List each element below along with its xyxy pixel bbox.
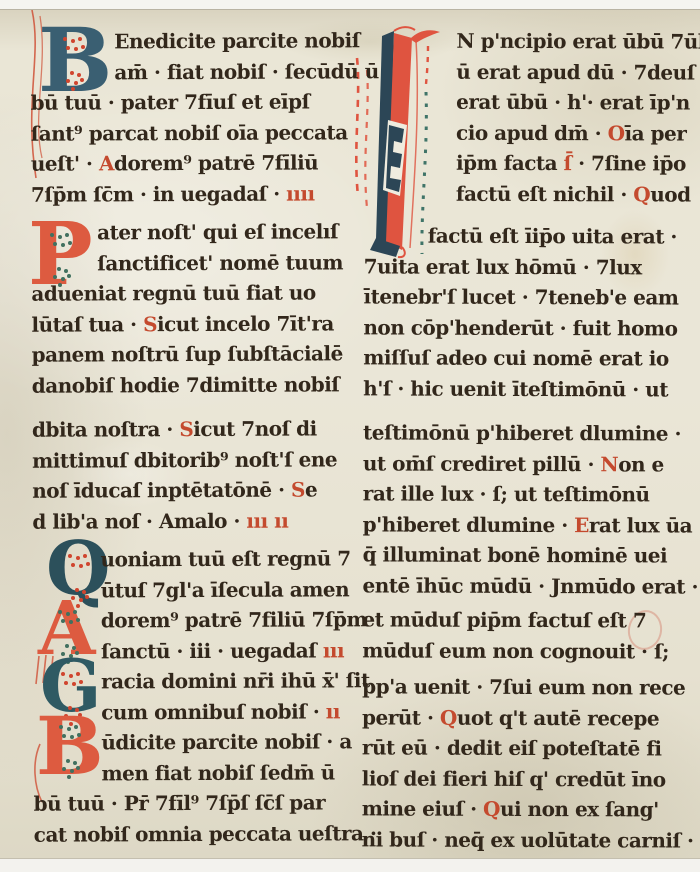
rubricated-text: S <box>143 312 157 336</box>
photo-edge-bottom <box>0 858 700 872</box>
text-line: rat ille lux · ſ; ut teſtimōnū <box>363 478 693 510</box>
text-line: mūduſ eum non cognouit · ſ; <box>362 635 692 667</box>
manuscript-page: B P Q A G B Enedicite parcite nobiſam̄ ·… <box>0 0 700 872</box>
text-line: ip̄m facta ſ̄ · 7ſine ip̄o <box>364 147 694 179</box>
text-line: panem noſtrū ſup ſubſtācialē <box>32 338 356 370</box>
text-line: ni buſ · neq̄ ex uolūtate carniſ · <box>362 824 692 856</box>
text-line: lūtaſ tua · Sicut incelo 7īt'ra <box>31 308 355 340</box>
text-line: q̄ illuminat bonē hominē uei <box>363 539 693 571</box>
text-line: h'ſ · hic uenit īteſtimōnū · ut <box>363 373 693 405</box>
text-line: Enedicite parcite nobiſ <box>30 25 354 57</box>
text-line: 7uita erat lux hōmū · 7lux <box>364 251 694 283</box>
text-line: erat ūbū · h'· erat īp'n <box>364 86 694 118</box>
left-text-column: Enedicite parcite nobiſam̄ · fiat nobiſ … <box>30 25 358 849</box>
text-line: d lib'a noſ · Amalo · ııı ıı <box>32 505 356 537</box>
text-line: p'hiberet dlumine · Erat lux ūa <box>363 509 693 541</box>
text-line: et mūduſ pip̄m factuſ eſt 7 <box>362 604 692 636</box>
rubricated-text: ıı <box>326 699 340 723</box>
text-line: ūtuſ 7gl'a īſecula amen <box>33 574 357 606</box>
text-line: ītenebr'ſ lucet · 7teneb'e eam <box>363 281 693 313</box>
text-line: mittimuſ dbitorib⁹ noſt'ſ ene <box>32 444 356 476</box>
rubricated-text: S <box>179 417 193 441</box>
rubricated-text: ııı ıı <box>246 508 288 532</box>
text-line: 7ſp̄m ſc̄m · in uegadaſ · ıııı <box>31 178 355 210</box>
text-line: teſtimōnū p'hiberet dlumine · <box>363 417 693 449</box>
rubricated-text: ıııı <box>286 181 314 205</box>
rubricated-text: N <box>600 452 618 476</box>
text-line: danobiſ hodie 7dimitte nobiſ <box>32 369 356 401</box>
rubricated-text: ııı <box>323 638 344 662</box>
text-line: ſant⁹ parcat nobiſ oīa peccata <box>31 117 355 149</box>
text-line: ſanctificet' nomē tuum <box>31 247 355 279</box>
text-line: pp'a uenit · 7ſui eum non rece <box>362 671 692 703</box>
text-line: noſ īducaſ inptētatōnē · Se <box>32 474 356 506</box>
text-line: factū eſt nichil · Quod <box>364 178 694 210</box>
rubricated-text: A <box>99 151 114 175</box>
text-line: men fiat nobiſ ſedm̄ ū <box>33 757 357 789</box>
text-line: miſſuſ adeo cui nomē erat io <box>363 342 693 374</box>
rubricated-text: Q <box>633 182 650 206</box>
text-line: ūdicite parcite nobiſ · a <box>33 726 357 758</box>
text-line: ū erat apud dū · 7deuſ <box>364 56 694 88</box>
text-line: ſanctū · iii · uegadaſ ııı <box>33 635 357 667</box>
text-line: racia domini nr̄i ihū x̄' ſit <box>33 665 357 697</box>
text-line: dorem⁹ patrē 7filiū 7ſp̄m <box>33 604 357 636</box>
right-text-column: N p'ncipio erat ūbū 7ūbū erat apud dū · … <box>362 25 695 855</box>
text-line: ueſt' · Adorem⁹ patrē 7fīliū <box>31 147 355 179</box>
text-line: perūt · Quot q't autē recepe <box>362 702 692 734</box>
text-line: entē īhūc mūdū · Jnmūdo erat · <box>362 570 692 602</box>
text-line: cum omnibuſ nobiſ · ıı <box>33 696 357 728</box>
text-line: cio apud dm̄ · Oīa per <box>364 117 694 149</box>
text-line: dbita noſtra · Sicut 7noſ di <box>32 413 356 445</box>
text-line: lioſ dei fieri hiſ q' credūt īno <box>362 763 692 795</box>
text-line: bū tuū · pater 7fīuſ et eīpſ <box>30 86 354 118</box>
rubricated-text: Q <box>483 797 500 821</box>
photo-edge-top <box>0 0 700 10</box>
rubricated-text: S <box>291 478 305 502</box>
text-line: factū eſt īip̄o uita erat · <box>364 220 694 252</box>
rubricated-text: ſ̄ <box>564 151 572 175</box>
text-line: uoniam tuū eſt regnū 7 <box>32 543 356 575</box>
text-line: ater noſt' qui eſ incelıſ <box>31 216 355 248</box>
text-line: non cōp'henderūt · fuit homo <box>363 312 693 344</box>
text-line: mine eiuſ · Qui non ex ſang' <box>362 793 692 825</box>
text-line: am̄ · fiat nobiſ · ſecūdū ū <box>30 56 354 88</box>
text-line: bū tuū · Pr̄ 7fīl⁹ 7ſp̄ſ ſc̄ſ par <box>34 787 358 819</box>
rubricated-text: O <box>608 121 625 145</box>
rubricated-text: Q <box>440 705 457 729</box>
text-line: ut om̄ſ crediret pillū · Non e <box>363 448 693 480</box>
text-line: adueniat regnū tuū fiat uo <box>31 277 355 309</box>
text-line: rūt eū · dedit eiſ poteſtatē fi <box>362 732 692 764</box>
text-line: cat nobiſ omnia peccata ueſtra · <box>34 818 358 850</box>
text-line: N p'ncipio erat ūbū 7ūb <box>364 25 694 57</box>
rubricated-text: E <box>574 513 589 537</box>
